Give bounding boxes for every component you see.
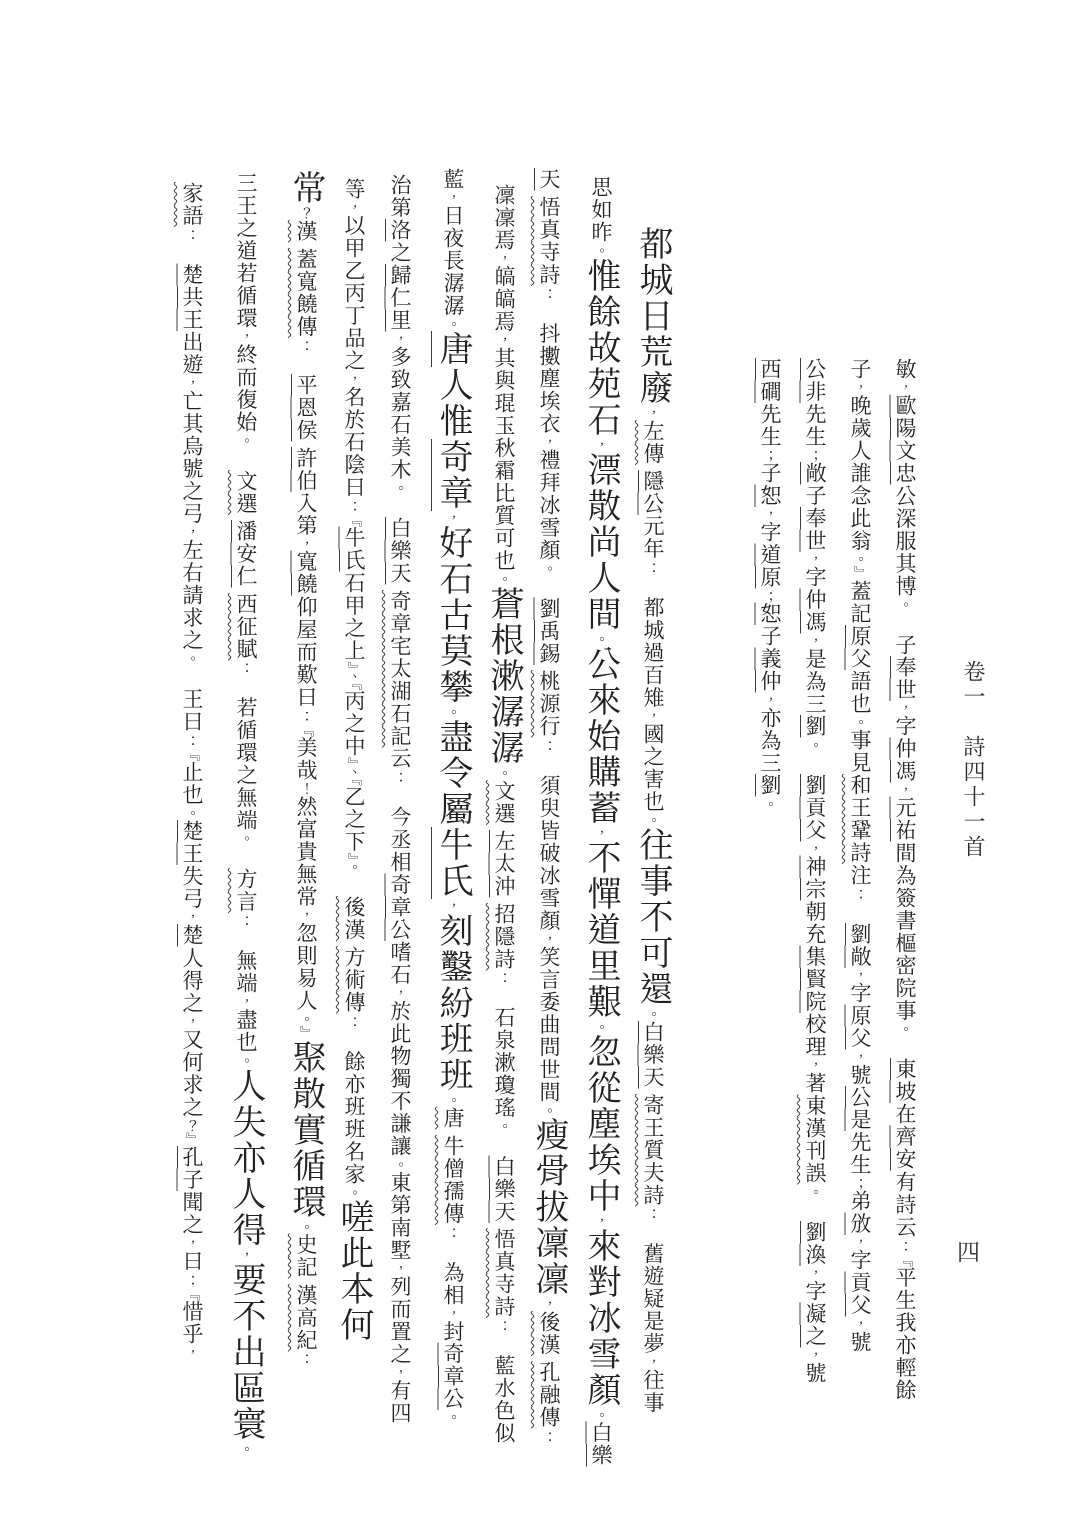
text-run: 先生；子 (758, 403, 782, 485)
punctuation: 『 (346, 513, 362, 527)
punctuation: 。 (298, 1220, 314, 1234)
book-title: 牛僧孺傳 (441, 1135, 465, 1225)
proper-name: 奇章公 (388, 874, 412, 942)
proper-name: 歐陽文忠 (893, 395, 917, 485)
page-number: 四 (946, 1240, 986, 1263)
text-column-annot-2: 子，晚歲人誰念此翁。』蓋記原父語也。事見和王鞏詩注： 劉敞，字原父，號公是先生；… (837, 358, 883, 1353)
punctuation: ， (852, 1235, 868, 1249)
proper-name: 白樂天 (388, 517, 412, 585)
punctuation: 』 (852, 566, 868, 580)
punctuation: ， (392, 1262, 408, 1276)
text-run: ，好石古莫攀。盡令屬 (433, 511, 473, 827)
punctuation: ， (593, 438, 609, 452)
punctuation: ； (852, 1176, 868, 1190)
punctuation: ： (445, 1225, 461, 1239)
punctuation: ： (184, 1273, 200, 1287)
proper-name: 奇章 (433, 439, 473, 511)
punctuation: ， (897, 381, 913, 395)
proper-name: 唐 (433, 331, 473, 367)
book-title: 後漢 (342, 896, 366, 941)
punctuation: 。 (852, 715, 868, 729)
punctuation: 。 (496, 572, 512, 586)
proper-name: 潘安仁 (234, 520, 258, 588)
book-title: 漢高紀 (294, 1284, 318, 1352)
text-run: 都城日荒廢， (633, 226, 673, 420)
punctuation: ， (445, 511, 461, 525)
text-column-main-10: 家語： 楚共王出遊，亡其烏號之弓，左右請求之。 王曰：『止也。楚王失弓，楚人得之… (164, 182, 220, 1360)
text-run: 三王之道若循環，終而復始。 (234, 172, 258, 470)
proper-name: 劉貢父 (803, 774, 827, 842)
proper-name: 恕 (758, 485, 782, 508)
punctuation: ， (897, 701, 913, 715)
punctuation: ： (184, 733, 200, 747)
punctuation: 』 (298, 1026, 314, 1040)
proper-name: 劉禹錫 (537, 598, 561, 666)
text-run: ： 舊遊疑是夢，往事 (641, 1206, 665, 1414)
book-title: 悟真寺詩 (537, 196, 561, 286)
proper-name: 仲馮 (803, 589, 827, 634)
text-run: 。 (803, 1185, 827, 1222)
text-run: 語也。事見 (848, 670, 872, 774)
proper-name: 孔子 (180, 1146, 204, 1191)
proper-name: 寬饒 (294, 551, 318, 596)
punctuation: ， (184, 1346, 200, 1360)
text-run: ，字 (848, 968, 872, 1005)
proper-name: 義仲 (758, 648, 782, 693)
proper-name: 仲馮 (893, 738, 917, 783)
punctuation: ， (392, 1366, 408, 1380)
punctuation: ， (852, 968, 868, 982)
punctuation: ， (645, 709, 661, 723)
punctuation: ， (852, 381, 868, 395)
book-title: 西征賦 (234, 593, 258, 661)
proper-name: 白樂 (589, 1422, 613, 1467)
proper-name: 隱公 (641, 470, 665, 515)
proper-name: 劉 (758, 774, 782, 797)
text-run: ，字 (848, 1235, 872, 1272)
text-run: ： (294, 338, 318, 375)
punctuation: ， (541, 435, 557, 449)
proper-name: 劉敞 (848, 923, 872, 968)
proper-name: 道原 (758, 544, 782, 589)
text-run: 校理，著 (803, 1013, 827, 1095)
punctuation: ： (541, 738, 557, 752)
text-run: 等，以甲乙丙丁品之，名於石陰曰：『 (342, 178, 366, 527)
punctuation: 、 (346, 764, 362, 778)
text-run: ，字 (893, 701, 917, 738)
text-run: 瘦骨拔凜凜， (529, 1117, 569, 1311)
punctuation: ， (852, 1050, 868, 1064)
punctuation: 。 (762, 797, 778, 811)
punctuation: 。 (445, 1093, 461, 1107)
book-title: 文選 (234, 470, 258, 515)
book-title: 寄王質夫詩 (641, 1094, 665, 1207)
punctuation: ， (298, 908, 314, 922)
proper-name: 公是 (848, 1086, 872, 1131)
punctuation: ， (762, 693, 778, 707)
punctuation: ， (184, 1236, 200, 1250)
punctuation: 。 (445, 1410, 461, 1424)
proper-name: 恕 (758, 603, 782, 626)
text-run: ，號 (848, 1317, 872, 1354)
text-column-main-9: 三王之道若循環，終而復始。 文選潘安仁西征賦： 若循環之無端。 方言： 無端，盡… (218, 172, 274, 1456)
punctuation: 』 (184, 1132, 200, 1146)
text-run: 之 (388, 242, 412, 265)
book-title: 漢 (294, 220, 318, 243)
proper-name: 東坡 (893, 1058, 917, 1103)
text-run: ，字 (803, 552, 827, 589)
proper-name: 奉世 (803, 507, 827, 552)
punctuation: ， (445, 899, 461, 913)
punctuation: ， (392, 332, 408, 346)
punctuation: 。 (238, 434, 254, 448)
punctuation: ： (346, 499, 362, 513)
punctuation: ， (496, 333, 512, 347)
punctuation: 『 (184, 1287, 200, 1301)
text-run: 子 (758, 625, 782, 648)
punctuation: 』 (346, 757, 362, 764)
proper-name: 平恩侯 (294, 374, 318, 442)
punctuation: 。 (346, 1185, 362, 1199)
text-run: 嗟此本何 (334, 1199, 374, 1343)
proper-name: 楚共王 (180, 264, 204, 332)
text-run: 元年： 都城過百雉，國之害也。 (641, 515, 665, 827)
proper-name: 牛氏 (433, 827, 473, 899)
punctuation: ！ (298, 781, 314, 795)
punctuation: 。 (541, 1103, 557, 1117)
text-run: 聚散實循環。 (286, 1040, 326, 1234)
proper-name: 齊安 (893, 1126, 917, 1171)
punctuation: ， (184, 1014, 200, 1028)
punctuation: 『 (298, 722, 314, 736)
punctuation: ： (852, 887, 868, 901)
punctuation: ， (807, 1058, 823, 1072)
punctuation: 。 (298, 1012, 314, 1026)
punctuation: 。 (445, 317, 461, 331)
text-run: 聞之，曰：『惜乎， (180, 1191, 204, 1360)
text-run: ， (803, 842, 827, 856)
punctuation: ， (238, 330, 254, 344)
book-title: 唐 (441, 1107, 465, 1130)
punctuation: 『 (184, 747, 200, 761)
proper-name: 楚 (180, 924, 204, 947)
punctuation: ， (184, 910, 200, 924)
proper-name: 白樂天 (492, 1156, 516, 1224)
text-run: 朝充 (803, 901, 827, 946)
text-run: ，是為三 (803, 634, 827, 716)
text-column-annot-4: 西磵先生；子恕，字道原；恕子義仲，亦為三劉。 (747, 358, 793, 811)
text-run: ，號 (803, 1348, 827, 1385)
book-title: 東漢刊誤 (803, 1095, 827, 1185)
text-run: 出遊，亡其烏號之弓，左右請求之。 王曰：『止也。 (180, 331, 204, 820)
proper-name: 劉 (803, 715, 827, 738)
book-title: 招隱詩 (492, 903, 516, 971)
text-run: ，字 (803, 1266, 827, 1303)
text-run: 失弓， (180, 865, 204, 924)
punctuation: 『 (346, 683, 362, 690)
punctuation: ， (238, 995, 254, 1009)
punctuation: ： (238, 660, 254, 674)
book-title: 蓋寬饒傳 (294, 248, 318, 338)
punctuation: 。 (645, 813, 661, 827)
book-title: 左傳 (641, 420, 665, 465)
text-run: ： 無端，盡也。 (234, 913, 258, 1068)
text-run: 人得之，又何求之？』 (180, 947, 204, 1147)
proper-name: 攽 (848, 1213, 872, 1236)
text-run: ，亦為三 (758, 693, 782, 775)
book-page: 卷一 詩四十一首 四 敏，歐陽文忠公深服其博。 子奉世，字仲馮，元祐間為簽書樞密… (0, 0, 1080, 1515)
text-run: ，多致嘉石美木。 (388, 332, 412, 518)
text-run: 嗜石，於此物獨不謙讓。東第南墅，列而置之，有四 (388, 941, 412, 1425)
punctuation: ； (807, 448, 823, 462)
proper-name: 原父 (848, 1005, 872, 1050)
text-run: ： (537, 1429, 561, 1443)
book-title: 文選 (492, 780, 516, 825)
text-run: ，號 (848, 1050, 872, 1087)
punctuation: ， (541, 932, 557, 946)
text-run: ，字 (758, 507, 782, 544)
punctuation: 、 (346, 669, 362, 683)
proper-name: 楚王 (180, 820, 204, 865)
punctuation: 。 (392, 481, 408, 495)
text-run: 。 (441, 1410, 465, 1424)
punctuation: ？ (184, 1118, 200, 1132)
book-title: 桃源行 (537, 670, 561, 738)
punctuation: 。 (807, 1185, 823, 1199)
punctuation: 。 (897, 1022, 913, 1036)
punctuation: ， (238, 1248, 254, 1262)
punctuation: ， (496, 252, 512, 266)
punctuation: 』 (346, 662, 362, 669)
punctuation: ， (762, 507, 778, 521)
punctuation: ， (593, 826, 609, 840)
proper-name: 牛氏 (342, 527, 366, 572)
punctuation: 。 (645, 1007, 661, 1021)
text-column-main-1: 都城日荒廢，左傳隱公元年： 都城過百雉，國之害也。往事不可還。白樂天寄王質夫詩：… (625, 226, 681, 1414)
proper-name: 凝之 (803, 1303, 827, 1348)
proper-name: 西磵 (758, 358, 782, 403)
text-run: ： (294, 1351, 318, 1365)
text-run: 子，晚歲人誰念此翁。』蓋記 (848, 358, 872, 625)
proper-name: 貢父 (848, 1272, 872, 1317)
text-run: 子 (803, 485, 827, 508)
text-run: 藍，日夜長潺潺。 (441, 168, 465, 331)
punctuation: ： (298, 708, 314, 722)
punctuation: ： (392, 770, 408, 784)
punctuation: ， (184, 525, 200, 539)
punctuation: 。 (184, 652, 200, 666)
book-title: 史記 (294, 1234, 318, 1279)
text-run: 云： 今丞相 (388, 747, 412, 874)
text-column-main-8: 常？漢蓋寬饒傳： 平恩侯許伯入第，寬饒仰屋而歎曰：『美哉！然富貴無常，忽則易人。… (278, 170, 334, 1365)
proper-name: 洛 (388, 219, 412, 242)
text-run: 石甲之上』、『丙之中』、『乙之下』。 (342, 572, 366, 897)
text-run: 惟餘故苑石，漂散尚人間。公來始購蓄，不憚道里艱。忽從塵埃中，來對冰雪顏。 (581, 258, 621, 1422)
text-run: ： 藍水色似 (492, 1318, 516, 1445)
text-run: 。 (758, 797, 782, 811)
text-column-main-4: 凜凜焉，皜皜焉，其與琨玉秋霜比質可也。蒼根漱潺潺。文選左太沖招隱詩： 石泉漱瓊瑤… (476, 184, 532, 1445)
text-run: ： 若循環之無端。 (234, 660, 258, 868)
punctuation: 。 (593, 1020, 609, 1034)
punctuation: ， (346, 372, 362, 386)
text-run: 先生； (803, 403, 827, 462)
punctuation: 。 (496, 1119, 512, 1133)
punctuation: ： (298, 338, 314, 352)
punctuation: ， (184, 376, 200, 390)
text-run: 。 (803, 738, 827, 775)
punctuation: 。 (593, 244, 609, 258)
punctuation: ： (541, 286, 557, 300)
proper-name: 神宗 (803, 856, 827, 901)
text-run: 蒼根漱潺潺。 (484, 586, 524, 780)
proper-name: 左太沖 (492, 830, 516, 898)
punctuation: ， (852, 1317, 868, 1331)
punctuation: 。 (238, 1442, 254, 1456)
punctuation: ： (238, 913, 254, 927)
proper-name: 奉世 (893, 656, 917, 701)
text-column-annot-1: 敏，歐陽文忠公深服其博。 子奉世，字仲馮，元祐間為簽書樞密院事。 東坡在齊安有詩… (882, 358, 928, 1401)
book-title: 後漢 (537, 1311, 561, 1356)
proper-name: 許伯 (294, 447, 318, 492)
text-column-main-5: 藍，日夜長潺潺。唐人惟奇章，好石古莫攀。盡令屬牛氏，刻鑿紛班班。唐牛僧孺傳： 為… (425, 168, 481, 1424)
text-run: ； (758, 589, 782, 603)
text-run: ： 抖擻塵埃衣，禮拜冰雪顏。 (537, 286, 561, 598)
text-run: 凜凜焉，皜皜焉，其與琨玉秋霜比質可也。 (492, 184, 516, 586)
text-run: ： 須臾皆破冰雪顏，笑言委曲問世間。 (537, 738, 561, 1118)
text-run: 先生；弟 (848, 1131, 872, 1213)
proper-name: 白樂天 (641, 1021, 665, 1089)
proper-name: 天 (537, 168, 561, 191)
punctuation: ， (346, 201, 362, 215)
punctuation: ， (807, 1348, 823, 1362)
punctuation: 。 (852, 552, 868, 566)
book-title: 家語 (180, 182, 204, 227)
text-run: ： 餘亦班班名家。 (342, 1014, 366, 1200)
text-run: 常？ (286, 170, 326, 220)
text-run: ，刻鑿紛班班。 (433, 899, 473, 1107)
book-title: 方術傳 (342, 946, 366, 1014)
punctuation: 』 (346, 853, 362, 860)
text-run: 治第 (388, 174, 412, 219)
punctuation: 。 (897, 597, 913, 611)
book-title: 悟真寺詩 (492, 1228, 516, 1318)
proper-name: 公非 (803, 358, 827, 403)
punctuation: 。 (593, 632, 609, 646)
punctuation: 。 (392, 1158, 408, 1172)
punctuation: ： (897, 1238, 913, 1252)
text-run: 入第， (294, 492, 318, 551)
text-column-main-7: 等，以甲乙丙丁品之，名於石陰曰：『牛氏石甲之上』、『丙之中』、『乙之下』。 後漢… (326, 178, 382, 1343)
punctuation: 。 (593, 1408, 609, 1422)
punctuation: ： (346, 1014, 362, 1028)
punctuation: ： (496, 1318, 512, 1332)
text-run: ： 為相，封 (441, 1225, 465, 1343)
text-run: 往事不可還。 (633, 827, 673, 1021)
proper-name: 集賢院 (803, 946, 827, 1014)
punctuation: ， (541, 1297, 557, 1311)
text-run: 注： (848, 864, 872, 923)
text-column-annot-3: 公非先生；敞子奉世，字仲馮，是為三劉。 劉貢父，神宗朝充集賢院校理，著東漢刊誤。… (792, 358, 838, 1384)
punctuation: 。 (238, 832, 254, 846)
book-title: 和王鞏詩 (848, 774, 872, 864)
book-title: 孔融傳 (537, 1361, 561, 1429)
punctuation: ： (645, 560, 661, 574)
punctuation: ； (762, 448, 778, 462)
punctuation: 。 (346, 860, 362, 874)
folio-header: 卷一 詩四十一首 (952, 660, 992, 860)
punctuation: ， (807, 552, 823, 566)
punctuation: 『 (897, 1252, 913, 1266)
proper-name: 敞 (803, 462, 827, 485)
text-run: 在 (893, 1103, 917, 1126)
punctuation: ， (807, 842, 823, 856)
punctuation: ， (807, 634, 823, 648)
punctuation: ： (645, 1206, 661, 1220)
punctuation: ， (645, 1355, 661, 1369)
text-run: ： (180, 227, 204, 264)
punctuation: 。 (807, 738, 823, 752)
proper-name: 奇章公 (441, 1343, 465, 1411)
text-run: 敏， (893, 358, 917, 395)
proper-name: 原父 (848, 625, 872, 670)
text-run: 間為簽書樞密院事。 (893, 842, 917, 1059)
punctuation: ， (298, 537, 314, 551)
text-run: ： 石泉漱瓊瑤。 (492, 970, 516, 1156)
punctuation: ， (593, 1214, 609, 1228)
punctuation: ； (762, 589, 778, 603)
proper-name: 劉渙 (803, 1221, 827, 1266)
punctuation: ， (445, 1306, 461, 1320)
punctuation: 。 (184, 806, 200, 820)
punctuation: ， (445, 191, 461, 205)
punctuation: ， (807, 1266, 823, 1280)
text-run: 人惟 (433, 367, 473, 439)
text-run: 有詩云：『平生我亦輕餘 (893, 1171, 917, 1402)
text-run: 仰屋而歎曰：『美哉！然富貴無常，忽則易人。』 (294, 596, 318, 1040)
punctuation: ： (298, 1351, 314, 1365)
book-title: 奇章宅太湖石記 (388, 590, 412, 748)
text-run: ， (893, 783, 917, 797)
punctuation: 。 (541, 561, 557, 575)
proper-name: 歸仁里 (388, 264, 412, 332)
text-column-main-2: 思如昨。惟餘故苑石，漂散尚人間。公來始購蓄，不憚道里艱。忽從塵埃中，來對冰雪顏。… (573, 176, 629, 1467)
punctuation: ， (392, 986, 408, 1000)
punctuation: ， (645, 406, 661, 420)
punctuation: 。 (445, 705, 461, 719)
text-run: 人失亦人得，要不出區寰。 (226, 1068, 266, 1456)
punctuation: ： (184, 227, 200, 241)
punctuation: 。 (238, 1054, 254, 1068)
book-title: 方言 (234, 868, 258, 913)
punctuation: ： (496, 970, 512, 984)
punctuation: ， (897, 783, 913, 797)
punctuation: 。 (496, 766, 512, 780)
punctuation: ？ (298, 206, 314, 220)
text-run: 公深服其博。 子 (893, 485, 917, 657)
punctuation: 『 (346, 778, 362, 785)
proper-name: 元祐 (893, 797, 917, 842)
text-run: 思如昨。 (589, 176, 613, 258)
punctuation: ： (541, 1429, 557, 1443)
